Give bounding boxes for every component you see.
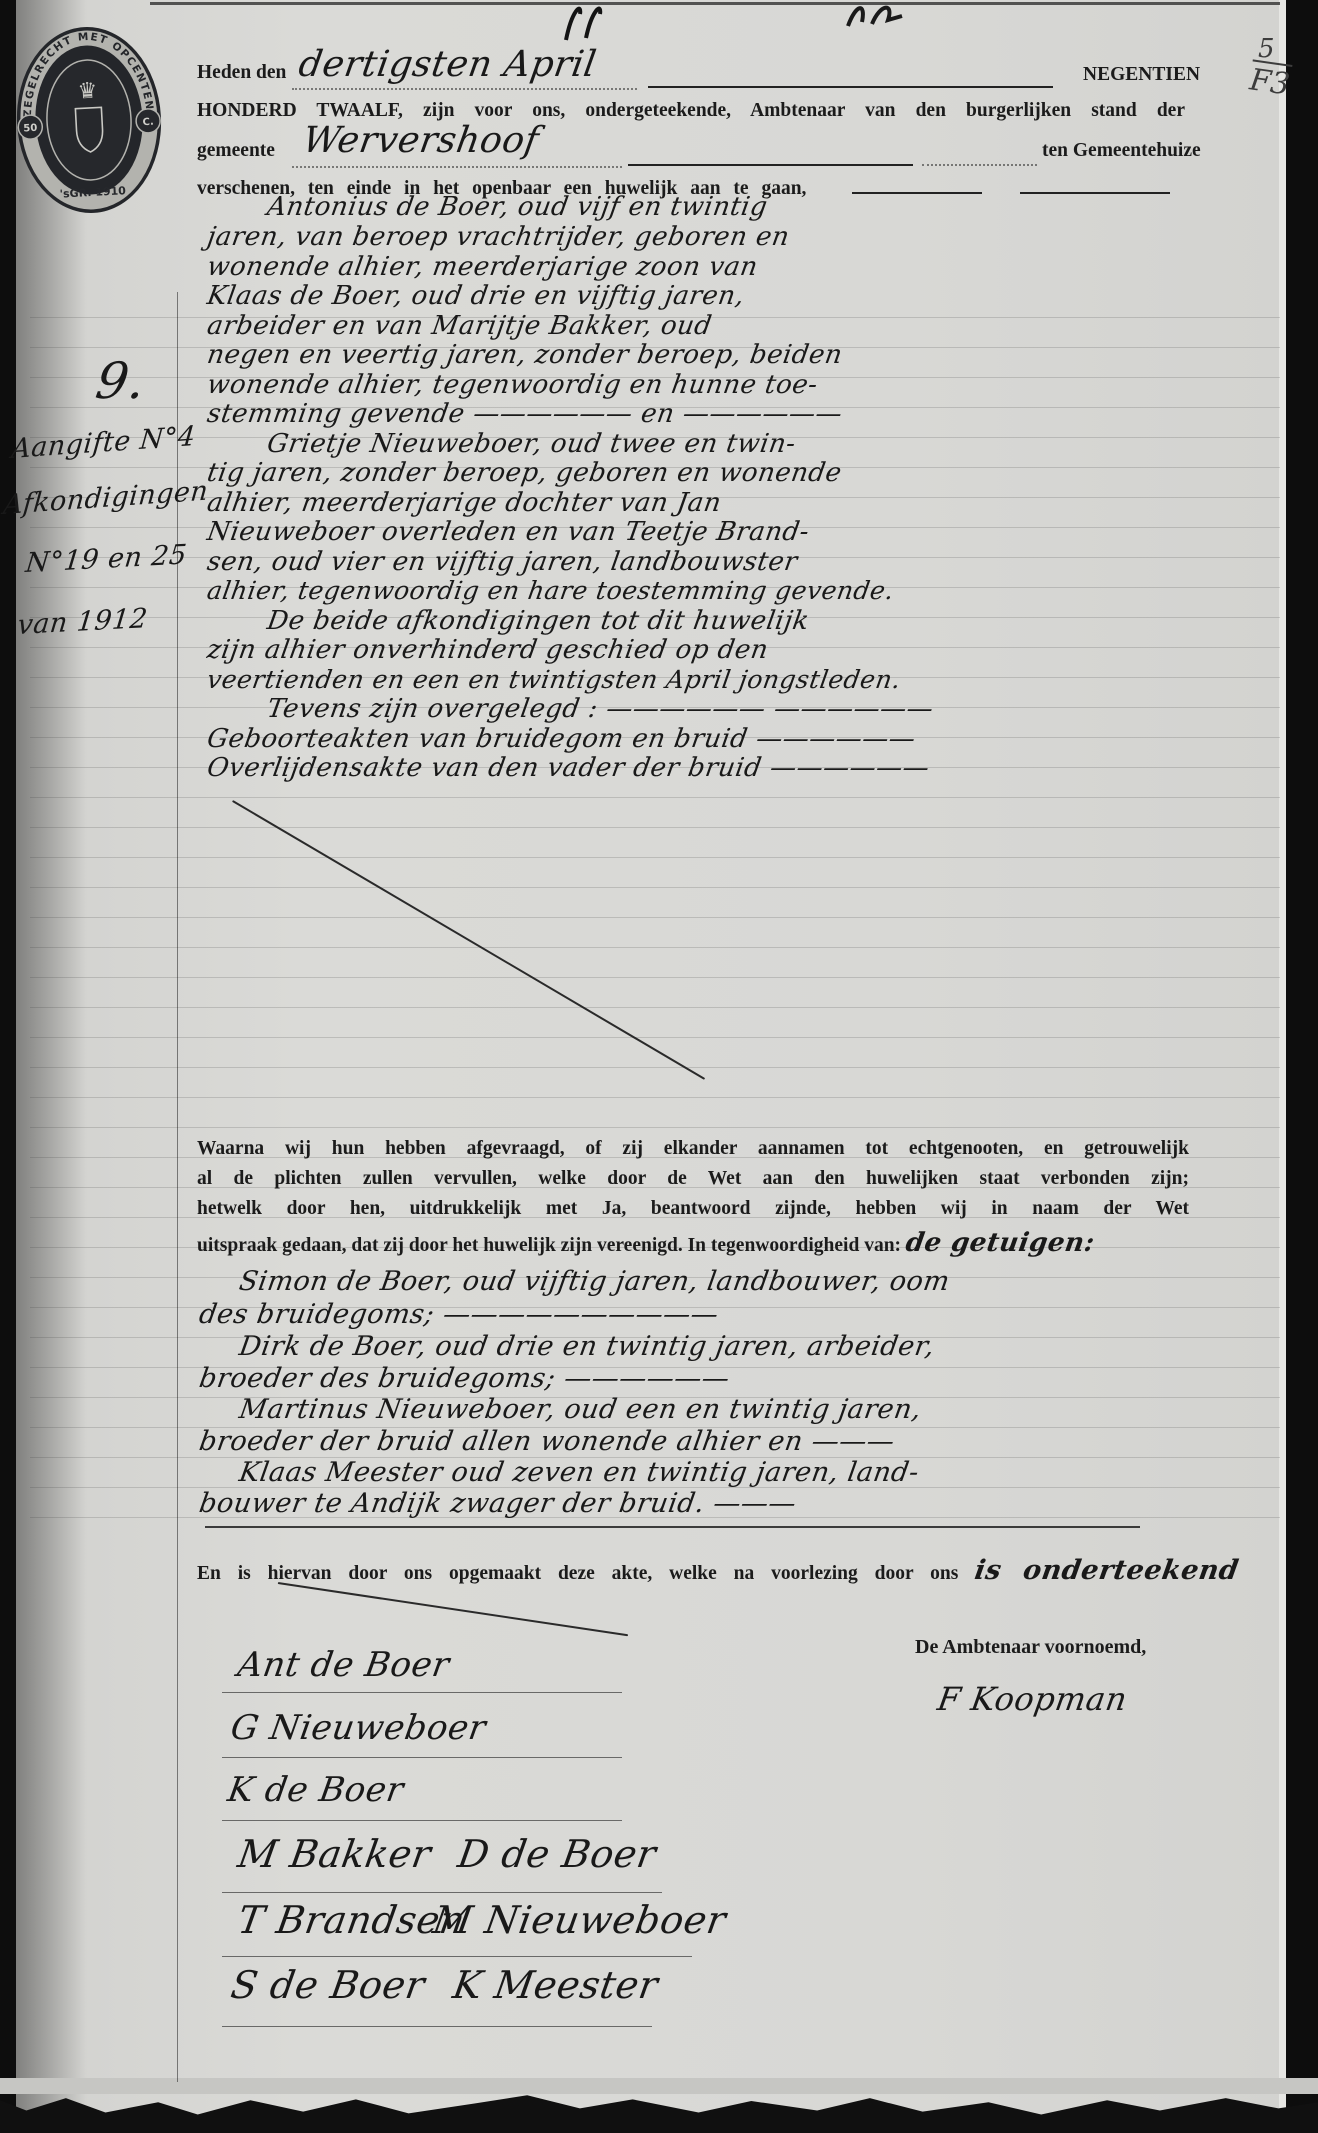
official-signature: F Koopman <box>935 1680 1130 1718</box>
page-gap-right <box>1279 0 1286 2133</box>
body-line: De beide afkondigingen tot dit huwelijk <box>265 606 811 636</box>
signature: M Nieuweboer <box>430 1898 729 1942</box>
signature: M Bakker <box>235 1832 434 1876</box>
signature-rule <box>222 2026 652 2027</box>
body-line: Overlijdensakte van den vader der bruid … <box>205 753 932 783</box>
pencil-mark: F3 <box>1248 59 1293 102</box>
signature-rule <box>222 1692 622 1693</box>
paper-strip-bottom <box>0 2078 1318 2094</box>
body-line: Geboorteakten van bruidegom en bruid ———… <box>205 724 918 754</box>
signature: K de Boer <box>225 1770 407 1810</box>
printed-gemeente: gemeente <box>197 140 275 162</box>
witness-line: Dirk de Boer, oud drie en twintig jaren,… <box>237 1331 937 1362</box>
body-line: alhier, tegenwoordig en hare toestemming… <box>205 576 896 605</box>
filler-rule <box>628 164 913 166</box>
torn-bottom-edge <box>0 2092 1318 2133</box>
signature-rule <box>222 1820 622 1821</box>
printed-par-line2: al de plichten zullen vervullen, welke d… <box>197 1168 1189 1190</box>
dotted-leader <box>922 138 1037 166</box>
printed-heden-den: Heden den <box>197 62 286 84</box>
stamp-crown-icon: ♛ <box>77 79 98 105</box>
printed-official-label: De Ambtenaar voornoemd, <box>915 1636 1146 1659</box>
body-line: Antonius de Boer, oud vijf en twintig <box>265 192 770 222</box>
scan-edge-left <box>0 0 16 2133</box>
signature: Ant de Boer <box>235 1645 452 1685</box>
signature: K Meester <box>450 1963 661 2007</box>
body-line: alhier, meerderjarige dochter van Jan <box>205 488 724 518</box>
witness-line: Martinus Nieuweboer, oud een en twintig … <box>237 1394 924 1425</box>
body-line: sen, oud vier en vijftig jaren, landbouw… <box>205 547 800 577</box>
body-line: stemming gevende —————— en —————— <box>205 399 845 429</box>
printed-gemeentehuize: ten Gemeentehuize <box>1042 140 1201 162</box>
signature: D de Boer <box>455 1832 659 1876</box>
witness-line: Klaas Meester oud zeven en twintig jaren… <box>237 1457 921 1488</box>
section-divider <box>205 1526 1140 1528</box>
body-line: wonende alhier, tegenwoordig en hunne to… <box>205 370 820 400</box>
body-line: Tevens zijn overgelegd : —————— —————— <box>265 694 936 724</box>
ink-mark <box>842 0 912 30</box>
body-line: jaren, van beroep vrachtrijder, geboren … <box>205 222 792 252</box>
scan-edge-right <box>1286 0 1318 2133</box>
hw-onderteekend: is onderteekend <box>973 1555 1241 1586</box>
signature-rule <box>222 1892 662 1893</box>
scan-edge-top <box>150 2 1280 5</box>
scanned-marriage-act: { "doc": { "stamp": { "arc_text": "ZEGEL… <box>0 0 1318 2133</box>
dotted-leader <box>292 138 622 168</box>
hw-de-getuigen: de getuigen: <box>904 1228 1097 1258</box>
ink-mark <box>552 0 612 42</box>
signature: G Nieuweboer <box>228 1708 489 1748</box>
margin-act-number: 9. <box>92 352 150 410</box>
body-line: veertienden en een en twintigsten April … <box>205 665 903 694</box>
body-line: Klaas de Boer, oud drie en vijftig jaren… <box>205 281 747 311</box>
body-line: negen en veertig jaren, zonder beroep, b… <box>205 340 845 370</box>
witness-line: broeder der bruid allen wonende alhier e… <box>197 1426 897 1457</box>
body-line: arbeider en van Marijtje Bakker, oud <box>205 311 714 341</box>
printed-par-line3-pre: hetwelk door hen, uitdrukkelijk met <box>197 1198 577 1219</box>
printed-par-line1: Waarna wij hun hebben afgevraagd, of zij… <box>197 1138 1189 1160</box>
filler-rule <box>648 86 1053 88</box>
filler-rule <box>1020 192 1170 194</box>
printed-par-line3: hetwelk door hen, uitdrukkelijk met Ja, … <box>197 1198 1189 1220</box>
signature: S de Boer <box>228 1963 428 2007</box>
dotted-leader <box>292 60 637 90</box>
witness-line: broeder des bruidegoms; —————— <box>197 1363 732 1394</box>
body-line: tig jaren, zonder beroep, geboren en won… <box>205 458 844 488</box>
stamp-denom-right: C. <box>142 117 154 129</box>
signature-rule <box>222 1757 622 1758</box>
witness-line: bouwer te Andijk zwager der bruid. ——— <box>197 1488 799 1519</box>
printed-ja: Ja, <box>602 1198 626 1219</box>
witness-line: Simon de Boer, oud vijftig jaren, landbo… <box>237 1266 952 1297</box>
printed-par-line4: uitspraak gedaan, dat zij door het huwel… <box>197 1228 1094 1258</box>
printed-line2: HONDERD TWAALF, zijn voor ons, ondergete… <box>197 100 1185 122</box>
filler-rule <box>852 192 982 194</box>
signature-rule <box>222 1956 692 1957</box>
body-line: Grietje Nieuweboer, oud twee en twin- <box>265 429 798 459</box>
printed-closing: En is hiervan door ons opgemaakt deze ak… <box>197 1555 1239 1586</box>
printed-negentien: NEGENTIEN <box>1083 64 1200 86</box>
body-line: Nieuweboer overleden en van Teetje Brand… <box>205 517 811 547</box>
revenue-stamp: ZEGELRECHT MET OPCENTEN ♛ 50 C. 'sGR. 19… <box>9 20 169 220</box>
body-line: zijn alhier onverhinderd geschied op den <box>205 635 771 665</box>
body-line: wonende alhier, meerderjarige zoon van <box>205 252 760 282</box>
witness-line: des bruidegoms; —————————— <box>197 1299 721 1330</box>
printed-par-line3-post: beantwoord zijnde, hebben wij in naam de… <box>651 1198 1189 1219</box>
strike-line <box>278 1582 628 1636</box>
stamp-denom-left: 50 <box>23 123 38 135</box>
paper-page: ZEGELRECHT MET OPCENTEN ♛ 50 C. 'sGR. 19… <box>0 0 1318 2133</box>
printed-par-line4-text: uitspraak gedaan, dat zij door het huwel… <box>197 1235 901 1256</box>
printed-closing-text: En is hiervan door ons opgemaakt deze ak… <box>197 1563 958 1584</box>
